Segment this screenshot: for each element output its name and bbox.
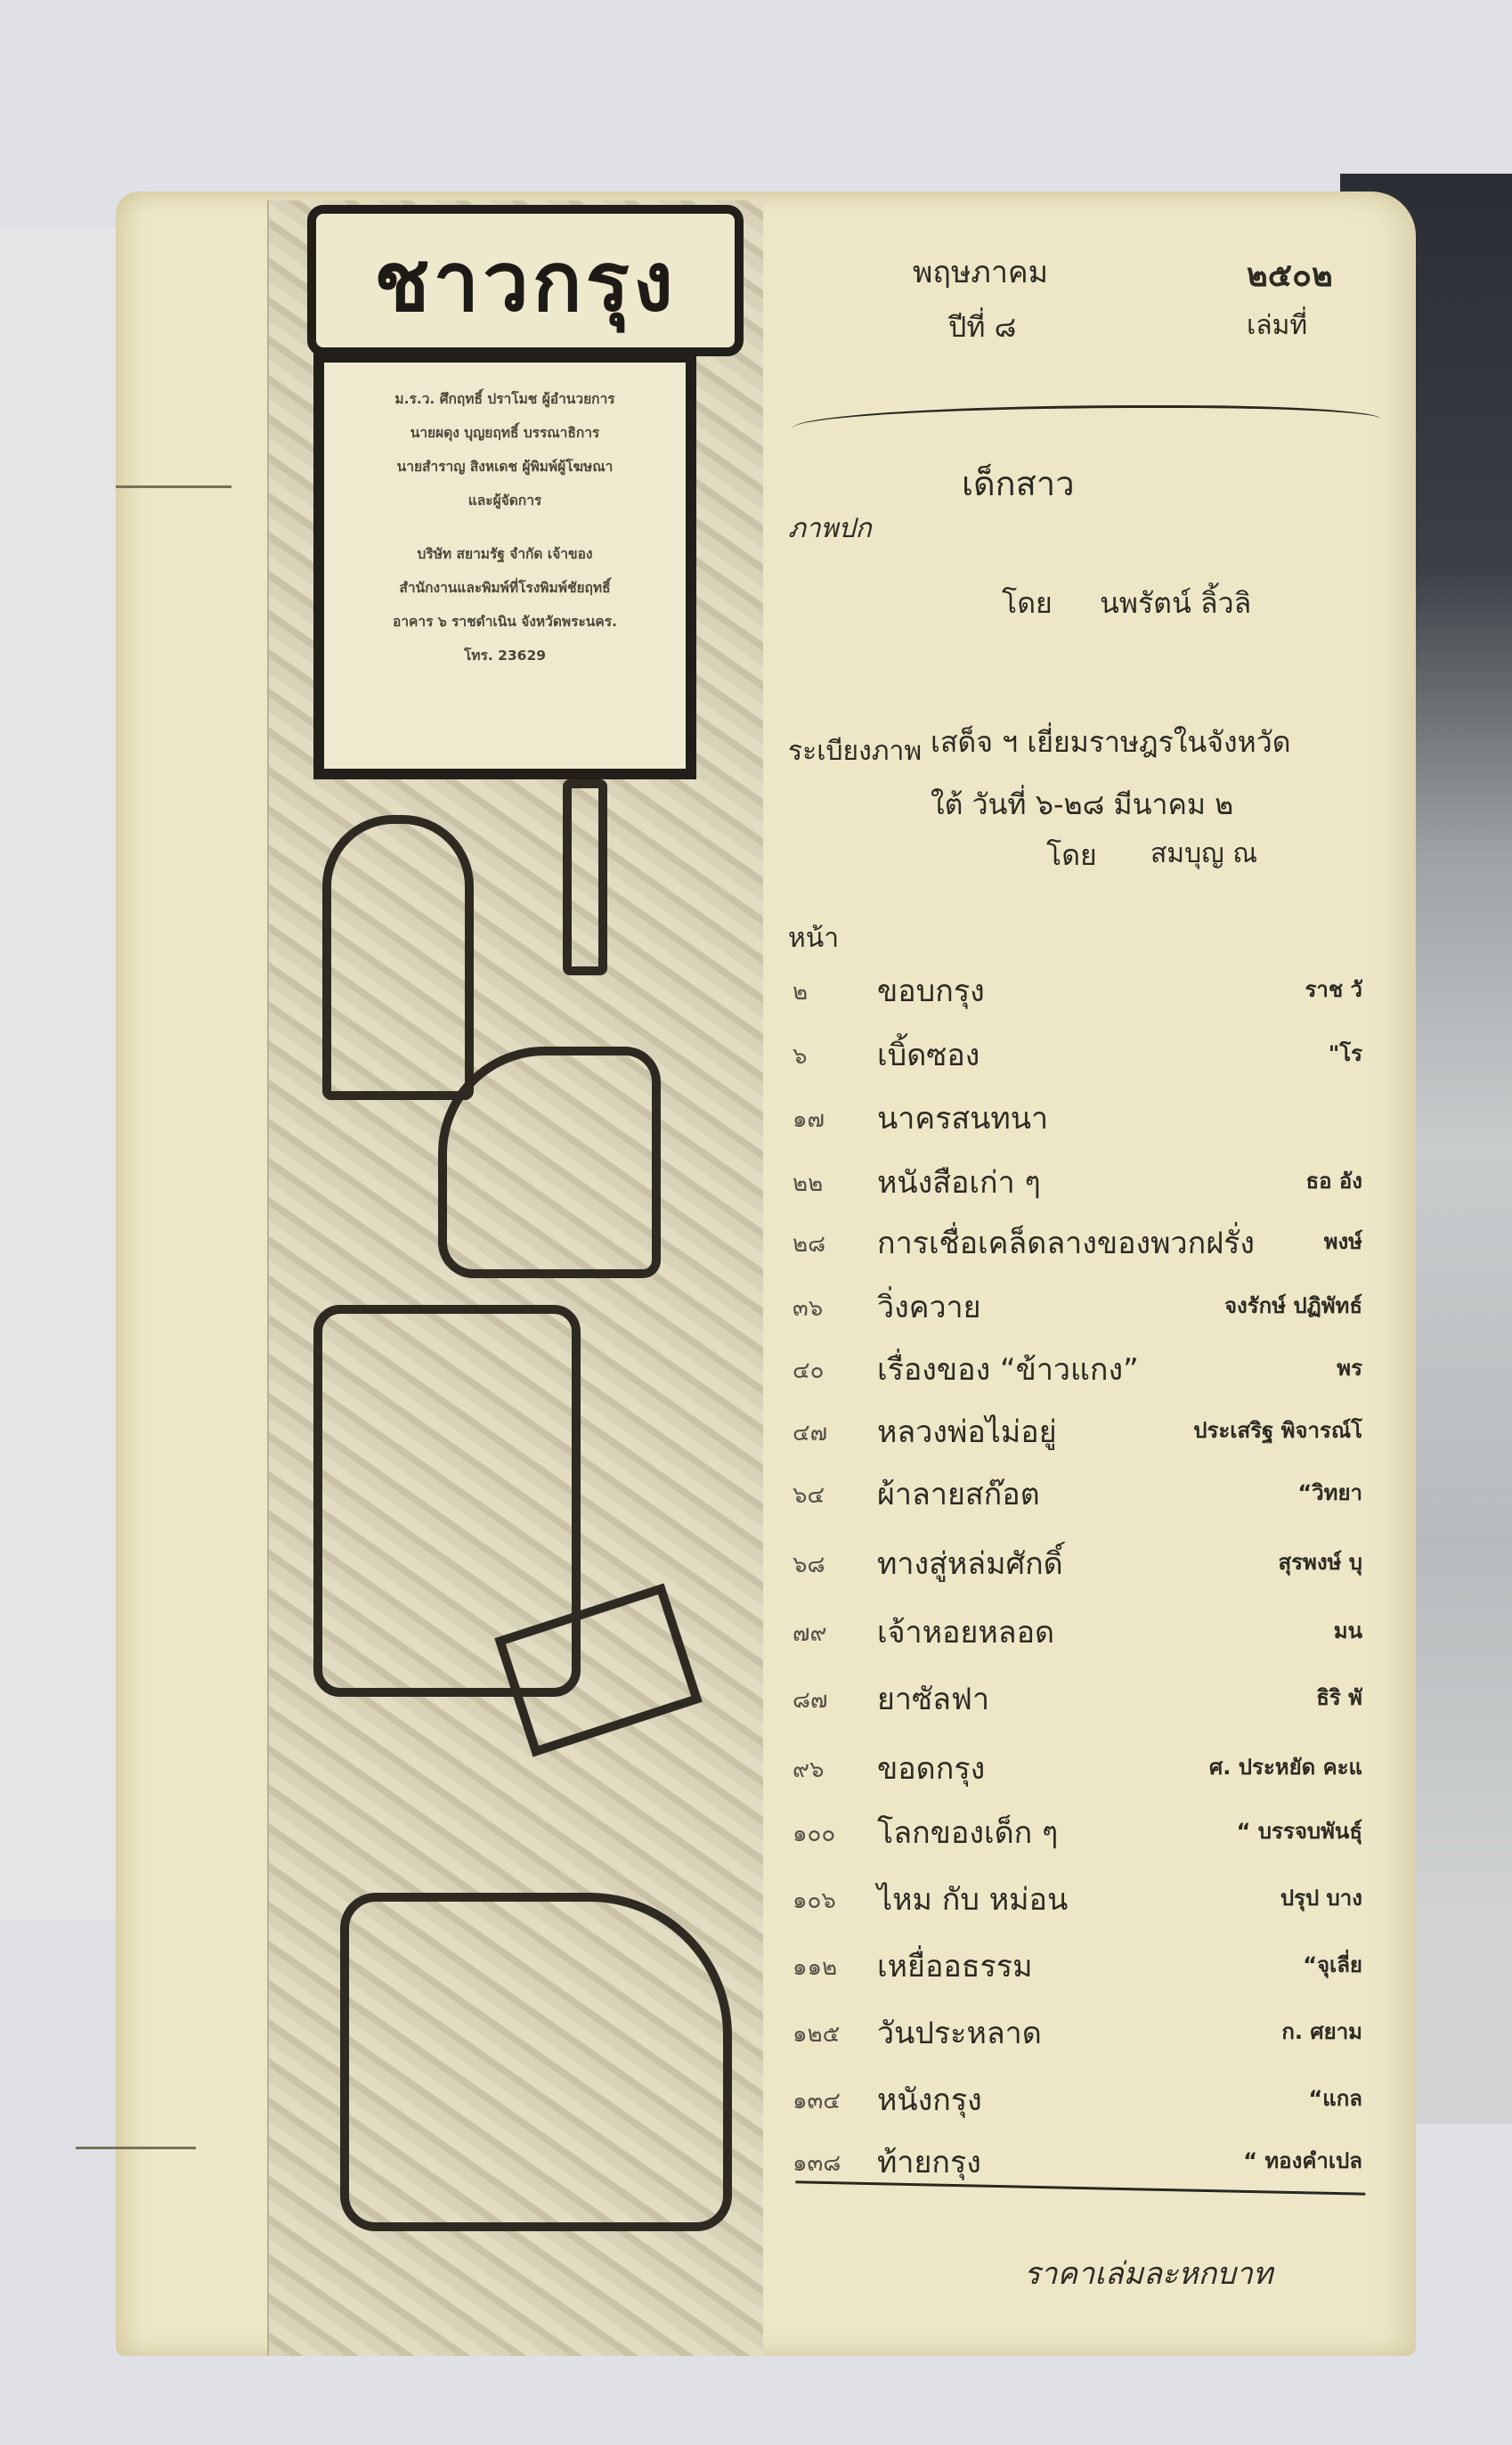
cover-by-name: นพรัตน์ ลิ้วลิ [1100,581,1251,626]
toc-page-number: ๙๖ [793,1751,825,1788]
toc-entry[interactable]: ๑๐๐โลกของเด็ก ๆ“ บรรจบพันธุ์ [793,1808,1362,1862]
toc-entry[interactable]: ๖๘ทางสู่หล่มศักดิ์สุรพงษ์ บุ [793,1539,1362,1593]
toc-entry[interactable]: ๔๐เรื่องของ “ข้าวแกง”พร [793,1345,1362,1398]
toc-entry[interactable]: ๒๒หนังสือเก่า ๆธอ อัง [793,1158,1362,1211]
phone-line: โทร. 23629 [340,639,670,672]
editor-line: ม.ร.ว. ศึกฤทธิ์ ปราโมช ผู้อำนวยการ [340,382,670,416]
toc-author: “ ทองคำเปล [1243,2143,1362,2178]
toc-page-number: ๑๑๒ [793,1949,837,1985]
candle-shape [563,779,607,975]
editorial-info-box: ม.ร.ว. ศึกฤทธิ์ ปราโมช ผู้อำนวยการ นายผด… [313,352,696,779]
toc-title: ไหม กับ หม่อน [877,1875,1068,1923]
toc-title: ขอบกรุง [877,966,985,1015]
toc-page-number: ๑๐๖ [793,1882,836,1919]
toc-author: “ บรรจบพันธุ์ [1237,1813,1362,1848]
toc-page-number: ๘๗ [793,1682,828,1718]
address-line: อาคาร ๖ ราชดำเนิน จังหวัดพระนคร. [340,605,670,639]
toc-author: “วิทยา [1297,1475,1362,1510]
toc-title: โลกของเด็ก ๆ [877,1808,1058,1856]
toc-page-number: ๓๖ [793,1290,823,1326]
toc-title: ท้ายกรุง [877,2138,981,2186]
toc-author: พร [1337,1350,1362,1385]
toc-page-number: ๑๓๘ [793,2145,841,2181]
toc-author: ธิริ พั [1316,1680,1362,1715]
toc-author: สุรพงษ์ บุ [1279,1544,1363,1579]
photo-essay-label: ระเบียงภาพ [788,730,922,772]
toc-page-number: ๖ [793,1038,808,1074]
price-note: ราคาเล่มละหกบาท [1024,2249,1272,2297]
scooter-rider-shape [340,1893,732,2231]
cover-label: ภาพปก [788,508,872,550]
photo-essay-line2: ใต้ วันที่ ๖-๒๘ มีนาคม ๒ [931,782,1340,827]
photo-essay-by-name: สมบุญ ณ [1150,833,1257,875]
toc-entry[interactable]: ๗๙เจ้าหอยหลอดมน [793,1608,1362,1661]
toc-author: ก. ศยาม [1281,2014,1362,2049]
toc-author: “จุเลี่ย [1303,1947,1362,1982]
toc-author: ธอ อัง [1305,1163,1362,1198]
toc-entry[interactable]: ๖๔ผ้าลายสก๊อต“วิทยา [793,1470,1362,1523]
toc-author: จงรักษ์ ปฏิพัทธ์ [1224,1288,1362,1323]
toc-title: หนังกรุง [877,2075,982,2123]
buddha-figure-shape [322,815,474,1100]
toc-page-number: ๖๘ [793,1546,825,1583]
editor-line: และผู้จัดการ [340,484,670,518]
toc-page-number: ๑๒๕ [793,2016,840,2052]
cover-title: เด็กสาว [962,456,1075,510]
toc-author: "โร [1329,1036,1362,1071]
toc-entry[interactable]: ๙๖ขอดกรุงศ. ประหยัด คะแ [793,1744,1362,1797]
toc-title: วันประหลาด [877,2009,1042,2057]
issue-number-label: เล่มที่ [1247,305,1307,346]
issue-month: พฤษภาคม [913,248,1048,296]
toc-page-number: ๒๒ [793,1165,823,1202]
toc-title: ขอดกรุง [877,1744,985,1792]
publisher-line: สำนักงานและพิมพ์ที่โรงพิมพ์ชัยฤทธิ์ [340,571,670,605]
toc-title: หนังสือเก่า ๆ [877,1158,1041,1206]
toc-page-number: ๔๐ [793,1352,825,1389]
toc-title: ทางสู่หล่มศักดิ์ [877,1539,1063,1587]
toc-title: วิ่งควาย [877,1283,981,1331]
toc-author: ศ. ประหยัด คะแ [1209,1749,1362,1784]
toc-page-number: ๔๗ [793,1414,827,1451]
toc-author: ประเสริฐ พิจารณ์โ [1193,1413,1362,1447]
photo-essay-by-label: โดย [1046,833,1097,878]
worshipper-figure-shape [438,1047,661,1278]
toc-entry[interactable]: ๑๐๖ไหม กับ หม่อนปรุป บาง [793,1875,1362,1928]
margin-mark-top [116,485,232,488]
toc-author: พงษ์ [1324,1224,1362,1259]
toc-title: เรื่องของ “ข้าวแกง” [877,1345,1139,1393]
toc-entry[interactable]: ๑๓๔หนังกรุง“แกล [793,2075,1362,2129]
toc-entry[interactable]: ๘๗ยาซัลฟาธิริ พั [793,1675,1362,1728]
toc-entry[interactable]: ๒๘การเชื่อเคล็ดลางของพวกฝรั่งพงษ์ [793,1218,1362,1272]
toc-author: ราช วั [1305,972,1363,1007]
publisher-line: บริษัท สยามรัฐ จำกัด เจ้าของ [340,537,670,571]
toc-title: หลวงพ่อไม่อยู่ [877,1407,1057,1455]
toc-page-number: ๑๐๐ [793,1815,835,1852]
toc-entry[interactable]: ๑๑๒เหยื่ออธรรม“จุเลี่ย [793,1942,1362,1995]
margin-mark-bottom [76,2147,196,2149]
editor-line: นายผดุง บุญยฤทธิ์ บรรณาธิการ [340,416,670,450]
toc-author: มน [1334,1613,1362,1648]
toc-title: เบิ้ดซอง [877,1031,980,1079]
masthead-title: ชาวกรุง [374,216,677,346]
toc-entry[interactable]: ๓๖วิ่งควายจงรักษ์ ปฏิพัทธ์ [793,1283,1362,1336]
toc-page-number: ๒๘ [793,1226,825,1262]
toc-header: หน้า [788,917,839,959]
toc-page-number: ๗๙ [793,1615,827,1651]
toc-title: เจ้าหอยหลอด [877,1608,1054,1656]
toc-title: นาครสนทนา [877,1094,1048,1142]
photo-essay-line1: เสด็จ ฯ เยี่ยมราษฎรในจังหวัด [931,720,1340,765]
toc-page-number: ๖๔ [793,1477,825,1513]
toc-author: ปรุป บาง [1280,1880,1362,1915]
toc-entry[interactable]: ๒ขอบกรุงราช วั [793,966,1362,1020]
masthead: ชาวกรุง [307,205,744,356]
toc-title: การเชื่อเคล็ดลางของพวกฝรั่ง [877,1218,1255,1267]
toc-title: เหยื่ออธรรม [877,1942,1032,1990]
toc-entry[interactable]: ๖เบิ้ดซอง"โร [793,1031,1362,1084]
toc-entry[interactable]: ๑๗นาครสนทนา [793,1094,1362,1147]
toc-entry[interactable]: ๑๒๕วันประหลาดก. ศยาม [793,2009,1362,2062]
issue-year: ๒๕๐๒ [1247,249,1333,300]
editor-line: นายสำราญ สิงหเดช ผู้พิมพ์ผู้โฆษณา [340,450,670,484]
toc-title: ยาซัลฟา [877,1675,989,1723]
toc-page-number: ๒ [793,974,808,1010]
toc-page-number: ๑๗ [793,1101,825,1137]
toc-page-number: ๑๓๔ [793,2082,841,2119]
toc-entry[interactable]: ๔๗หลวงพ่อไม่อยู่ประเสริฐ พิจารณ์โ [793,1407,1362,1461]
toc-title: ผ้าลายสก๊อต [877,1470,1040,1518]
toc-author: “แกล [1309,2081,1362,2115]
issue-volume: ปีที่ ๘ [948,305,1016,350]
cover-by-label: โดย [1002,581,1053,626]
